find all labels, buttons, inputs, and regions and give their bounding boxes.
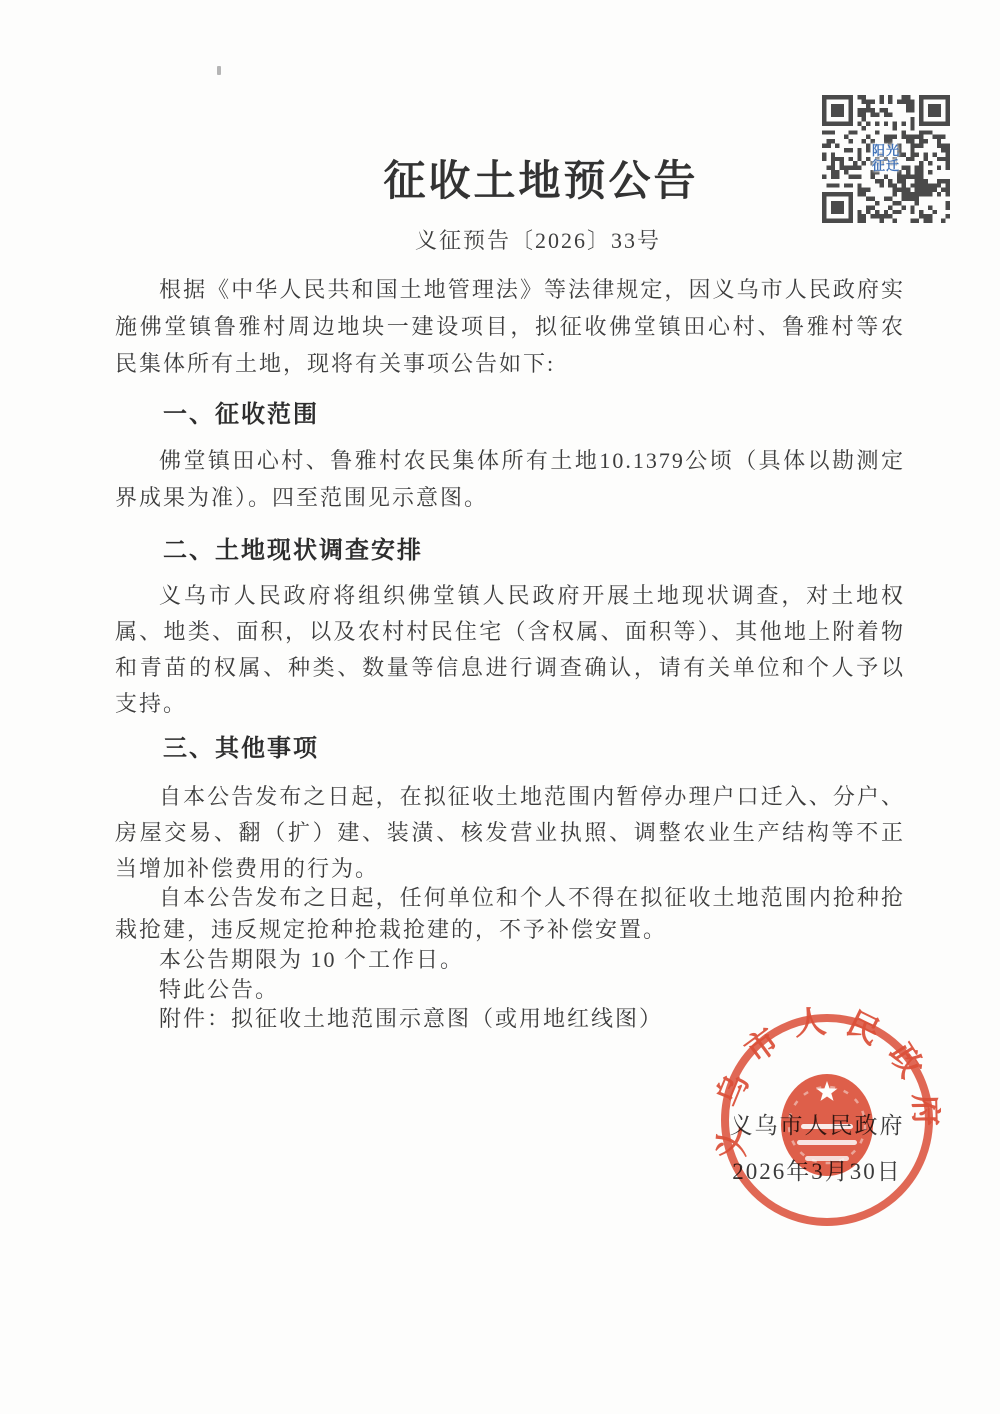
notice-period-line: 本公告期限为 10 个工作日。 <box>115 947 905 973</box>
section-3-paragraph-2: 自本公告发布之日起，任何单位和个人不得在拟征收土地范围内抢种抢栽抢建，违反规定抢… <box>115 882 905 946</box>
section-1-heading: 一、征收范围 <box>115 394 905 429</box>
doc-number: 义征预告〔2026〕33号 <box>76 224 1000 255</box>
attachment-line: 附件：拟征收土地范围示意图（或用地红线图） <box>115 1006 905 1032</box>
scan-artifact <box>217 66 221 75</box>
document-page: 阳光 征迁 征收土地预公告 义征预告〔2026〕33号 根据《中华人民共和国土地… <box>0 0 1000 1414</box>
section-3-paragraph-1: 自本公告发布之日起，在拟征收土地范围内暂停办理户口迁入、分户、房屋交易、翻（扩）… <box>115 779 905 887</box>
issuer-signature: 义乌市人民政府 <box>703 1107 931 1140</box>
issue-date: 2026年3月30日 <box>703 1153 931 1186</box>
page-title: 征收土地预公告 <box>82 148 1000 208</box>
section-2-paragraph: 义乌市人民政府将组织佛堂镇人民政府开展土地现状调查，对土地权属、地类、面积，以及… <box>115 578 905 722</box>
section-2-heading: 二、土地现状调查安排 <box>115 530 905 565</box>
section-3-heading: 三、其他事项 <box>115 728 905 763</box>
intro-paragraph: 根据《中华人民共和国土地管理法》等法律规定，因义乌市人民政府实施佛堂镇鲁雅村周边… <box>115 271 905 382</box>
section-1-paragraph: 佛堂镇田心村、鲁雅村农民集体所有土地10.1379公顷（具体以勘测定界成果为准）… <box>115 442 905 516</box>
closing-line: 特此公告。 <box>115 977 905 1003</box>
